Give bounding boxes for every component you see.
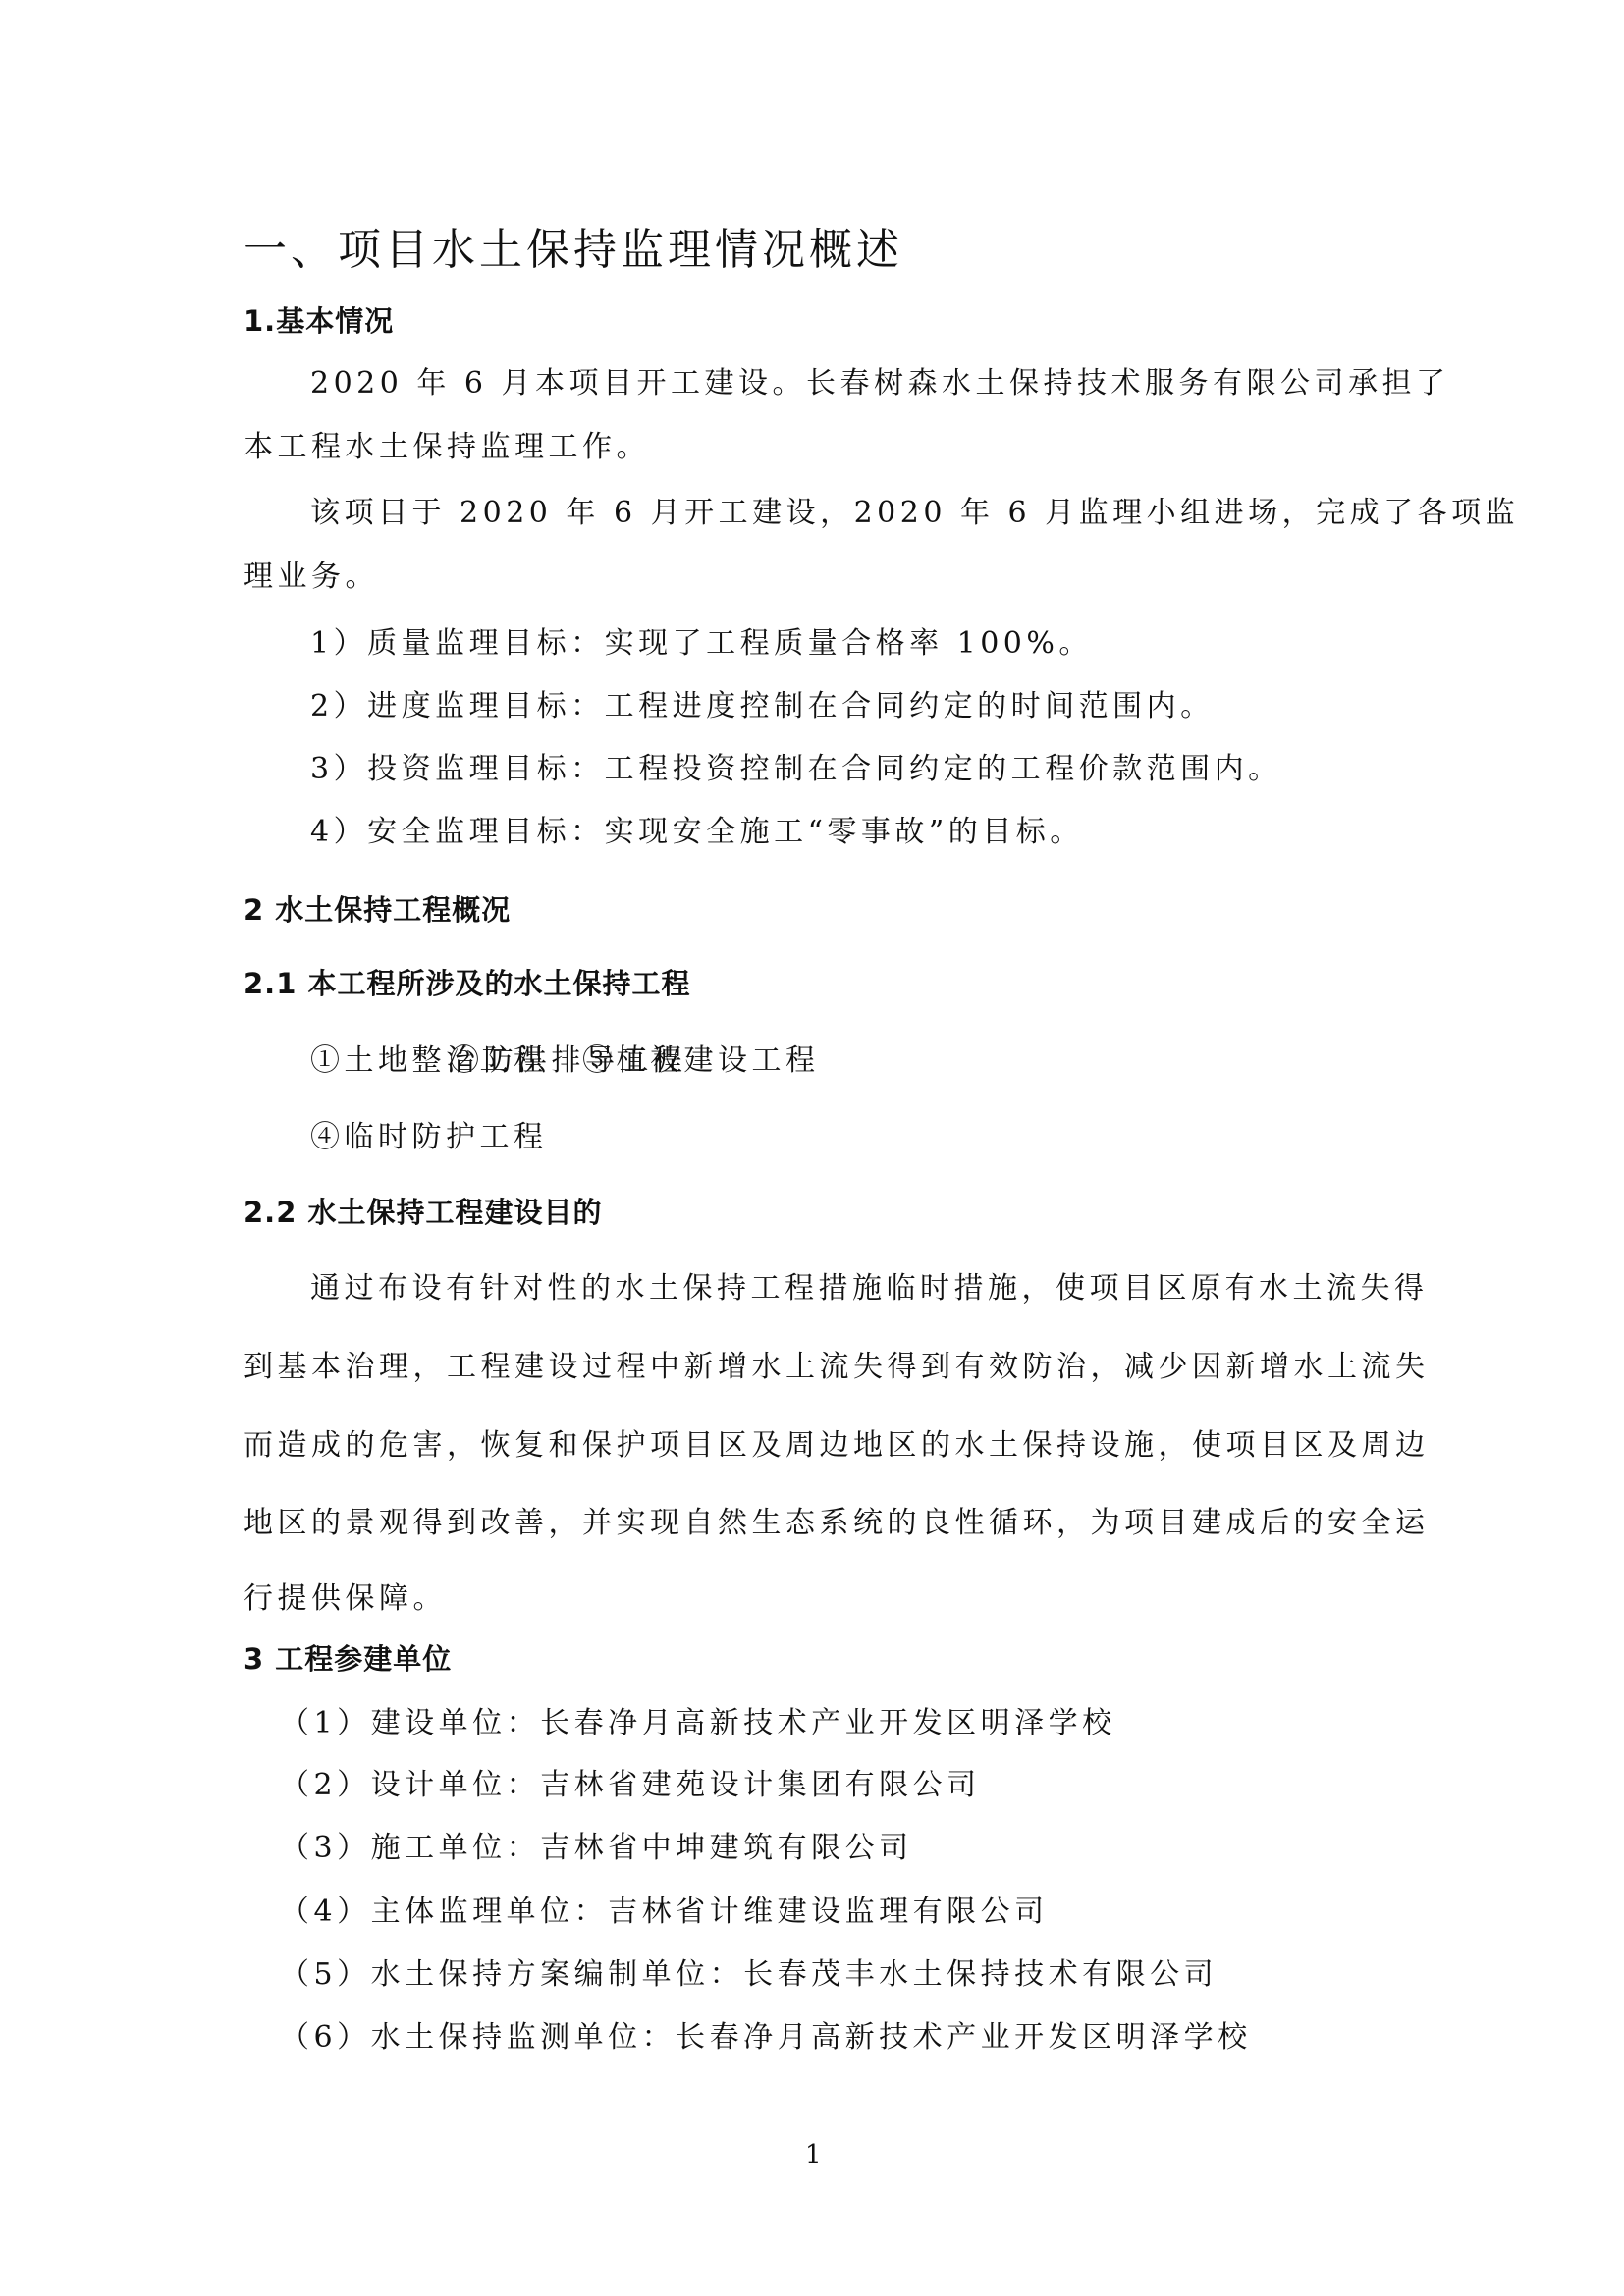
works-item: ③植被建设工程 xyxy=(582,1036,820,1079)
paragraph-line: 该项目于 2020 年 6 月开工建设，2020 年 6 月监理小组进场，完成了… xyxy=(310,488,1519,531)
goal-safety: 4）安全监理目标：实现安全施工“零事故”的目标。 xyxy=(310,807,1084,850)
unit-item: （1）建设单位：长春净月高新技术产业开发区明泽学校 xyxy=(280,1698,1116,1741)
unit-item: （6）水土保持监测单位：长春净月高新技术产业开发区明泽学校 xyxy=(280,2012,1252,2056)
section-heading-basic-info: 1.基本情况 xyxy=(244,299,394,340)
paragraph-line: 到基本治理，工程建设过程中新增水土流失得到有效防治，减少因新增水土流失 xyxy=(244,1342,1430,1385)
paragraph-line: 地区的景观得到改善，并实现自然生态系统的良性循环，为项目建成后的安全运 xyxy=(244,1498,1430,1541)
unit-item: （2）设计单位：吉林省建苑设计集团有限公司 xyxy=(280,1760,981,1803)
page-title: 一、项目水土保持监理情况概述 xyxy=(244,214,903,277)
paragraph-line: 通过布设有针对性的水土保持工程措施临时措施，使项目区原有水土流失得 xyxy=(310,1263,1429,1307)
unit-item: （3）施工单位：吉林省中坤建筑有限公司 xyxy=(280,1823,913,1866)
paragraph-line: 本工程水土保持监理工作。 xyxy=(244,422,650,465)
section-heading-units: 3 工程参建单位 xyxy=(244,1637,452,1678)
goal-schedule: 2）进度监理目标：工程进度控制在合同约定的时间范围内。 xyxy=(310,681,1215,724)
goal-quality: 1）质量监理目标：实现了工程质量合格率 100%。 xyxy=(310,618,1093,662)
paragraph-line: 而造成的危害，恢复和保护项目区及周边地区的水土保持设施，使项目区及周边 xyxy=(244,1420,1430,1464)
subsection-heading-purpose: 2.2 水土保持工程建设目的 xyxy=(244,1191,602,1231)
subsection-heading-works: 2.1 本工程所涉及的水土保持工程 xyxy=(244,962,690,1002)
unit-item: （5）水土保持方案编制单位：长春茂丰水土保持技术有限公司 xyxy=(280,1949,1218,1993)
section-heading-overview: 2 水土保持工程概况 xyxy=(244,888,511,929)
goal-investment: 3）投资监理目标：工程投资控制在合同约定的工程价款范围内。 xyxy=(310,744,1282,787)
paragraph-line: 行提供保障。 xyxy=(244,1574,447,1617)
works-item: ④临时防护工程 xyxy=(310,1112,548,1155)
unit-item: （4）主体监理单位：吉林省计维建设监理有限公司 xyxy=(280,1887,1049,1930)
document-page: 一、项目水土保持监理情况概述 1.基本情况 2020 年 6 月本项目开工建设。… xyxy=(0,0,1624,2296)
paragraph-line: 2020 年 6 月本项目开工建设。长春树森水土保持技术服务有限公司承担了 xyxy=(310,358,1450,401)
paragraph-line: 理业务。 xyxy=(244,552,379,595)
page-number: 1 xyxy=(805,2140,822,2169)
